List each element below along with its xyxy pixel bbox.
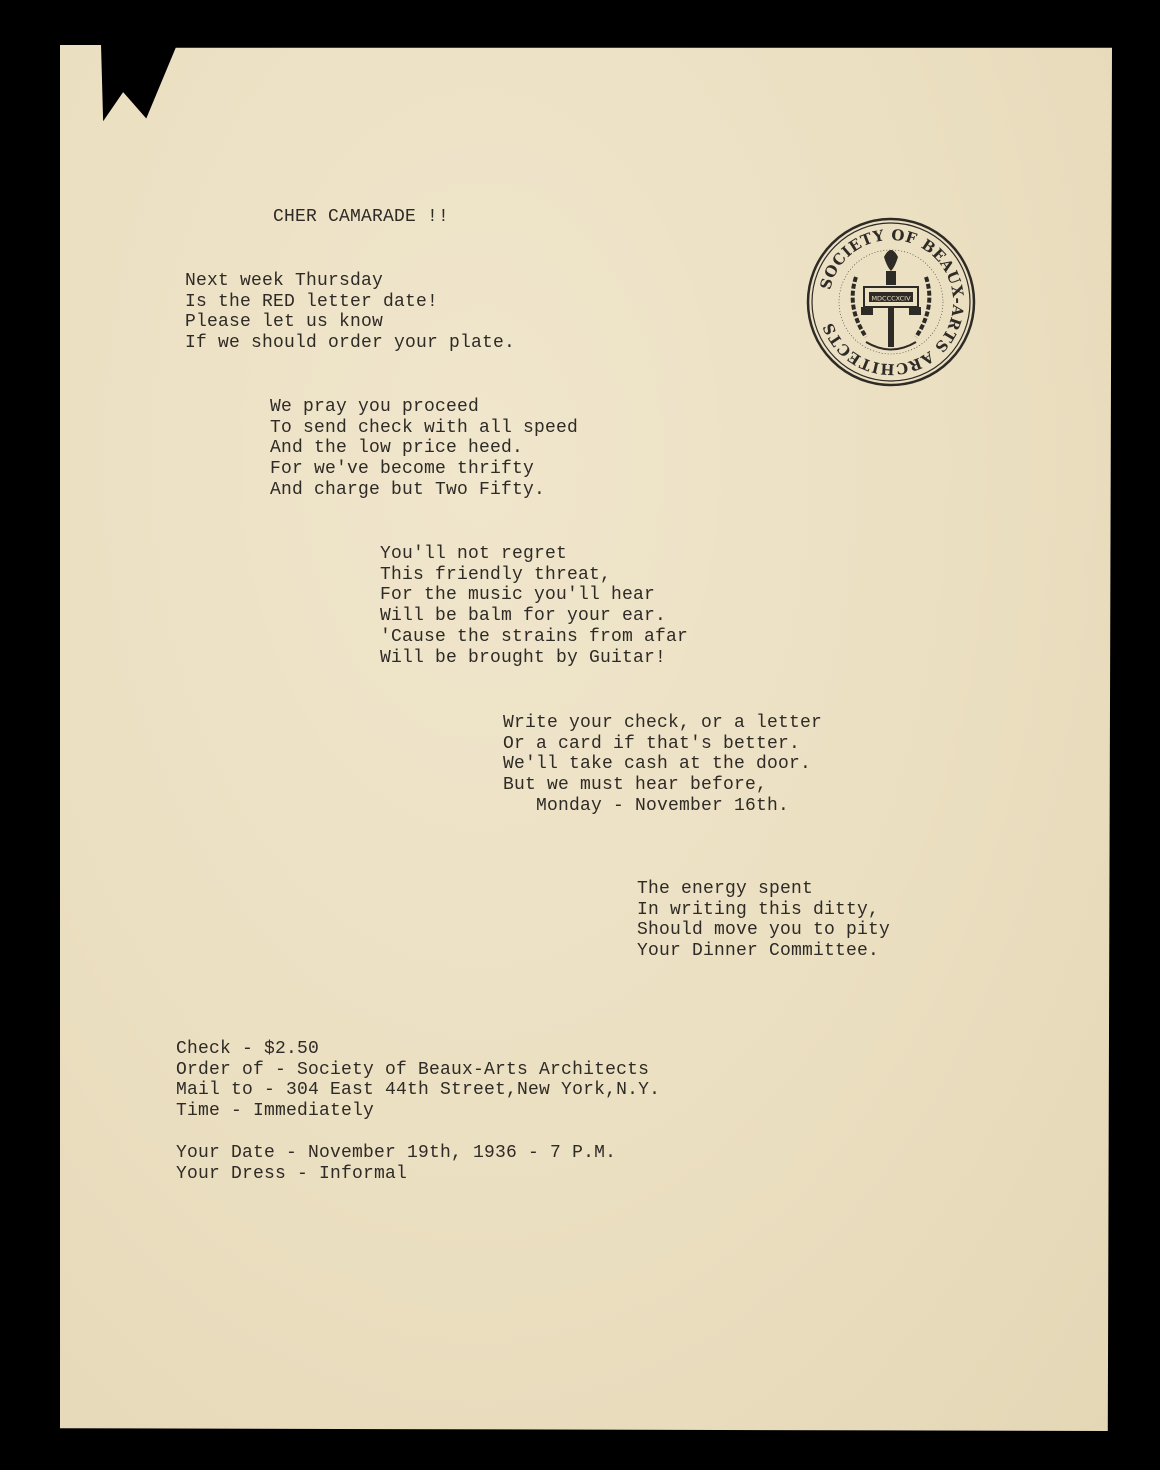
stanza-5: The energy spent In writing this ditty, … xyxy=(637,879,890,962)
stanza-3: You'll not regret This friendly threat, … xyxy=(380,544,688,668)
stanza-4: Write your check, or a letter Or a card … xyxy=(503,713,822,817)
svg-text:MDCCCXCIV: MDCCCXCIV xyxy=(871,295,911,303)
salutation: CHER CAMARADE !! xyxy=(273,207,449,228)
stanza-1: Next week Thursday Is the RED letter dat… xyxy=(185,271,515,354)
society-seal-icon: SOCIETY OF BEAUX-ARTS ARCHITECTS MDCCCXC… xyxy=(806,217,976,387)
payment-details: Check - $2.50 Order of - Society of Beau… xyxy=(176,1039,660,1122)
stanza-2: We pray you proceed To send check with a… xyxy=(270,397,578,501)
event-details: Your Date - November 19th, 1936 - 7 P.M.… xyxy=(176,1143,616,1184)
